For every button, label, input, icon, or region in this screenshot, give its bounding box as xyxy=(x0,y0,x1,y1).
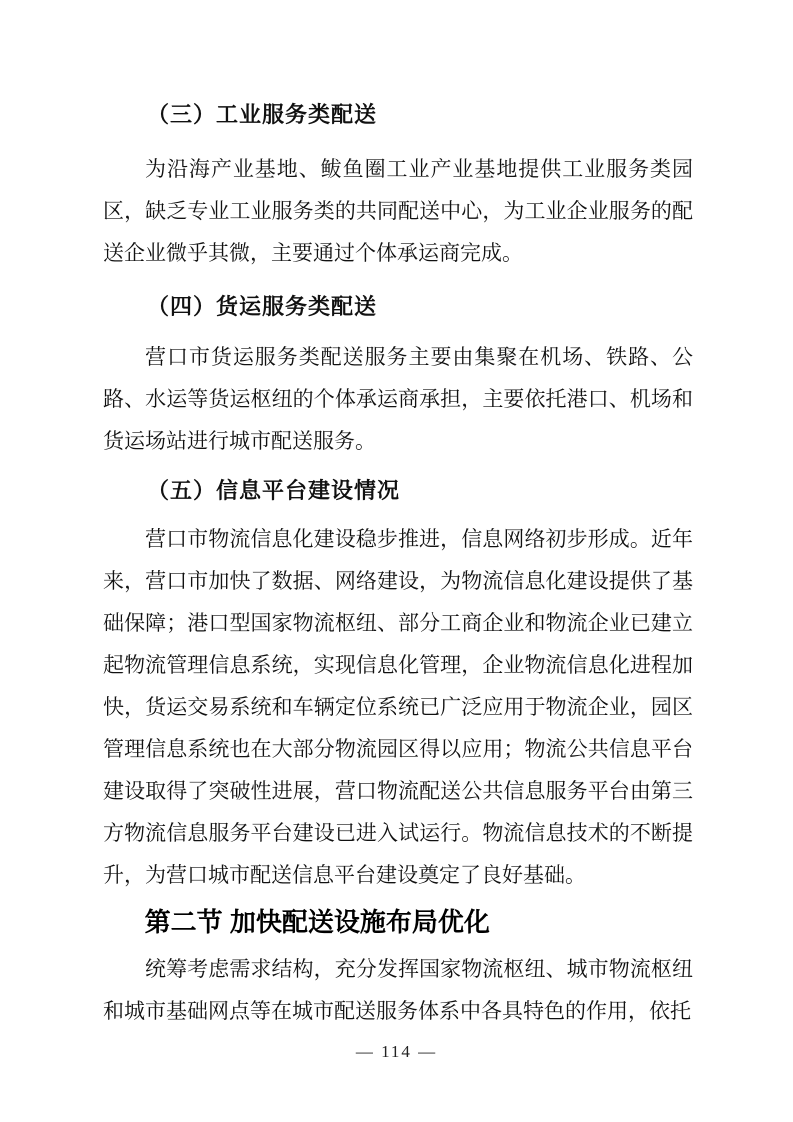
document-page: （三）工业服务类配送 为沿海产业基地、鲅鱼圈工业产业基地提供工业服务类园区，缺乏… xyxy=(0,0,793,1122)
section-heading-information-platform: （五）信息平台建设情况 xyxy=(103,472,693,510)
section-paragraph-industrial-delivery: 为沿海产业基地、鲅鱼圈工业产业基地提供工业服务类园区，缺乏专业工业服务类的共同配… xyxy=(103,148,693,274)
section-paragraph-information-platform: 营口市物流信息化建设稳步推进，信息网络初步形成。近年来，营口市加快了数据、网络建… xyxy=(103,518,693,896)
section-paragraph-freight-delivery: 营口市货运服务类配送服务主要由集聚在机场、铁路、公路、水运等货运枢纽的个体承运商… xyxy=(103,336,693,462)
page-number: — 114 — xyxy=(0,1042,793,1062)
section-heading-industrial-delivery: （三）工业服务类配送 xyxy=(103,96,693,134)
chapter-heading-delivery-facility-layout: 第二节 加快配送设施布局优化 xyxy=(103,902,693,942)
section-heading-freight-delivery: （四）货运服务类配送 xyxy=(103,288,693,326)
chapter-opening-paragraph: 统筹考虑需求结构，充分发挥国家物流枢纽、城市物流枢纽和城市基础网点等在城市配送服… xyxy=(103,948,693,1032)
